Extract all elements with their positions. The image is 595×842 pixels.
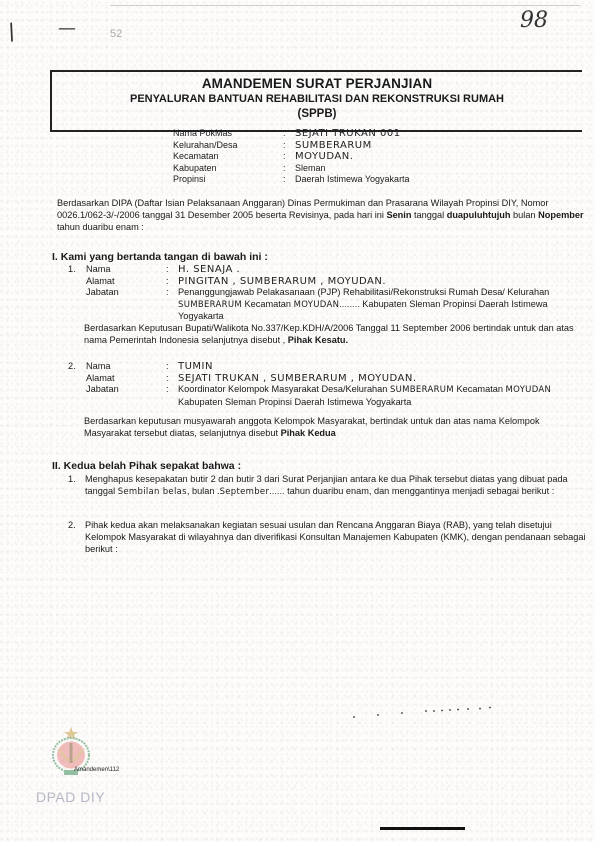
fill-dots: ...... xyxy=(269,486,284,496)
field-label: Nama xyxy=(86,361,166,373)
pokmas-info-block: Nama PokMas : SEJATI TRUKAN 001 Keluraha… xyxy=(173,128,410,186)
info-colon: : xyxy=(283,140,295,152)
handwritten-kecamatan: MOYUDAN xyxy=(294,300,340,310)
faint-number-mark: 52 xyxy=(110,28,122,40)
handwritten-dash-mark: — xyxy=(58,18,77,39)
info-value-handwritten: MOYUDAN. xyxy=(295,151,353,163)
handwritten-desa: SUMBERARUM xyxy=(390,385,454,395)
info-value: Daerah Istimewa Yogyakarta xyxy=(295,174,410,186)
field-label: Alamat xyxy=(86,373,166,385)
item-number: 1. xyxy=(68,473,85,498)
party-1-name-row: 1. Nama : H. SENAJA . xyxy=(68,264,588,276)
intro-date: duapuluhtujuh xyxy=(447,210,511,220)
agreement-item-2: 2. Pihak kedua akan melaksanakan kegiata… xyxy=(68,519,593,556)
party-1-address: PINGITAN , SUMBERARUM , MOYUDAN. xyxy=(178,276,588,288)
intro-month: Nopember xyxy=(538,210,583,220)
party-number: 1. xyxy=(68,264,86,276)
party-2-position: Koordinator Kelompok Masyarakat Desa/Kel… xyxy=(178,384,588,408)
intro-text: tahun duaribu enam : xyxy=(57,222,144,232)
position-text: Koordinator Kelompok Masyarakat Desa/Kel… xyxy=(178,384,390,394)
section-2-title: II. Kedua belah Pihak sepakat bahwa : xyxy=(52,460,241,472)
handwritten-desa: SUMBERARUM xyxy=(178,300,242,310)
field-colon: : xyxy=(166,264,178,276)
intro-paragraph: Berdasarkan DIPA (Daftar Isian Pelaksana… xyxy=(57,197,587,233)
party-2-address-row: Alamat : SEJATI TRUKAN , SUMBERARUM , MO… xyxy=(68,373,588,385)
info-row-kabupaten: Kabupaten : Sleman xyxy=(173,163,410,175)
document-abbreviation: (SPPB) xyxy=(52,108,582,120)
document-subtitle: PENYALURAN BANTUAN REHABILITASI DAN REKO… xyxy=(52,93,582,105)
info-colon: : xyxy=(283,128,295,140)
item-number: 2. xyxy=(68,519,85,556)
intro-text: tanggal xyxy=(411,210,446,220)
position-text: Kabupaten Sleman Propinsi Daerah Istimew… xyxy=(178,397,411,407)
party-1-basis: Berdasarkan Keputusan Bupati/Walikota No… xyxy=(84,322,589,346)
field-label: Alamat xyxy=(86,276,166,288)
party-1: 1. Nama : H. SENAJA . Alamat : PINGITAN … xyxy=(68,264,588,323)
redaction-bar xyxy=(380,827,465,830)
info-value-handwritten: SUMBERARUM xyxy=(295,140,372,152)
field-colon: : xyxy=(166,361,178,373)
fill-dots: ........ xyxy=(339,299,359,309)
party-1-address-row: Alamat : PINGITAN , SUMBERARUM , MOYUDAN… xyxy=(68,276,588,288)
position-text: Kecamatan xyxy=(242,299,294,309)
party-designation: Pihak Kesatu. xyxy=(288,335,348,345)
position-text: Penanggungjawab Pelakasanaan (PJP) Rehab… xyxy=(178,287,549,297)
agreement-item-1: 1. Menghapus kesepakatan butir 2 dan but… xyxy=(68,473,593,498)
info-label: Kecamatan xyxy=(173,151,283,163)
item-text-part: , bulan . xyxy=(187,486,220,496)
handwritten-page-number: 98 xyxy=(520,8,548,33)
document-title: AMANDEMEN SURAT PERJANJIAN xyxy=(52,76,582,91)
info-row-pokmas: Nama PokMas : SEJATI TRUKAN 001 xyxy=(173,128,410,140)
handwritten-slash-mark: / xyxy=(4,19,20,45)
dotted-signature-trace xyxy=(350,705,540,719)
scan-top-edge-line xyxy=(110,5,580,6)
info-colon: : xyxy=(283,163,295,175)
field-colon: : xyxy=(166,373,178,385)
party-2-address: SEJATI TRUKAN , SUMBERARUM , MOYUDAN. xyxy=(178,373,588,385)
field-label: Nama xyxy=(86,264,166,276)
party-2-position-row: Jabatan : Koordinator Kelompok Masyaraka… xyxy=(68,384,588,408)
document-header: AMANDEMEN SURAT PERJANJIAN PENYALURAN BA… xyxy=(50,70,582,132)
party-1-name: H. SENAJA . xyxy=(178,264,588,276)
field-colon: : xyxy=(166,384,178,408)
info-colon: : xyxy=(283,174,295,186)
info-value-handwritten: SEJATI TRUKAN 001 xyxy=(295,128,401,140)
field-label: Jabatan xyxy=(86,287,166,323)
info-row-kecamatan: Kecamatan : MOYUDAN. xyxy=(173,151,410,163)
info-label: Kelurahan/Desa xyxy=(173,140,283,152)
item-text-part: tahun duaribu enam, dan menggantinya men… xyxy=(285,486,555,496)
party-2-name: TUMIN xyxy=(178,361,588,373)
party-designation: Pihak Kedua xyxy=(281,428,336,438)
party-2: 2. Nama : TUMIN Alamat : SEJATI TRUKAN ,… xyxy=(68,361,588,408)
info-label: Kabupaten xyxy=(173,163,283,175)
party-2-name-row: 2. Nama : TUMIN xyxy=(68,361,588,373)
party-2-basis: Berdasarkan keputusan musyawarah anggota… xyxy=(84,415,589,439)
intro-day: Senin xyxy=(386,210,411,220)
info-row-propinsi: Propinsi : Daerah Istimewa Yogyakarta xyxy=(173,174,410,186)
item-text: Menghapus kesepakatan butir 2 dan butir … xyxy=(85,473,593,498)
handwritten-date: Sembilan belas xyxy=(118,487,187,497)
section-1-title: I. Kami yang bertanda tangan di bawah in… xyxy=(52,251,268,263)
party-1-position-row: Jabatan : Penanggungjawab Pelakasanaan (… xyxy=(68,287,588,323)
info-colon: : xyxy=(283,151,295,163)
party-number: 2. xyxy=(68,361,86,373)
info-value: Sleman xyxy=(295,163,326,175)
field-colon: : xyxy=(166,276,178,288)
handwritten-kecamatan: MOYUDAN xyxy=(506,385,552,395)
archive-watermark: DPAD DIY xyxy=(36,789,105,805)
info-label: Nama PokMas xyxy=(173,128,283,140)
position-text: Kecamatan xyxy=(454,384,506,394)
party-1-position: Penanggungjawab Pelakasanaan (PJP) Rehab… xyxy=(178,287,588,323)
info-label: Propinsi xyxy=(173,174,283,186)
intro-text: bulan xyxy=(511,210,539,220)
field-label: Jabatan xyxy=(86,384,166,408)
item-text: Pihak kedua akan melaksanakan kegiatan s… xyxy=(85,519,593,556)
info-row-kelurahan: Kelurahan/Desa : SUMBERARUM xyxy=(173,140,410,152)
handwritten-month: September xyxy=(220,487,270,497)
document-code: Amandemen\112 xyxy=(74,767,119,773)
field-colon: : xyxy=(166,287,178,323)
